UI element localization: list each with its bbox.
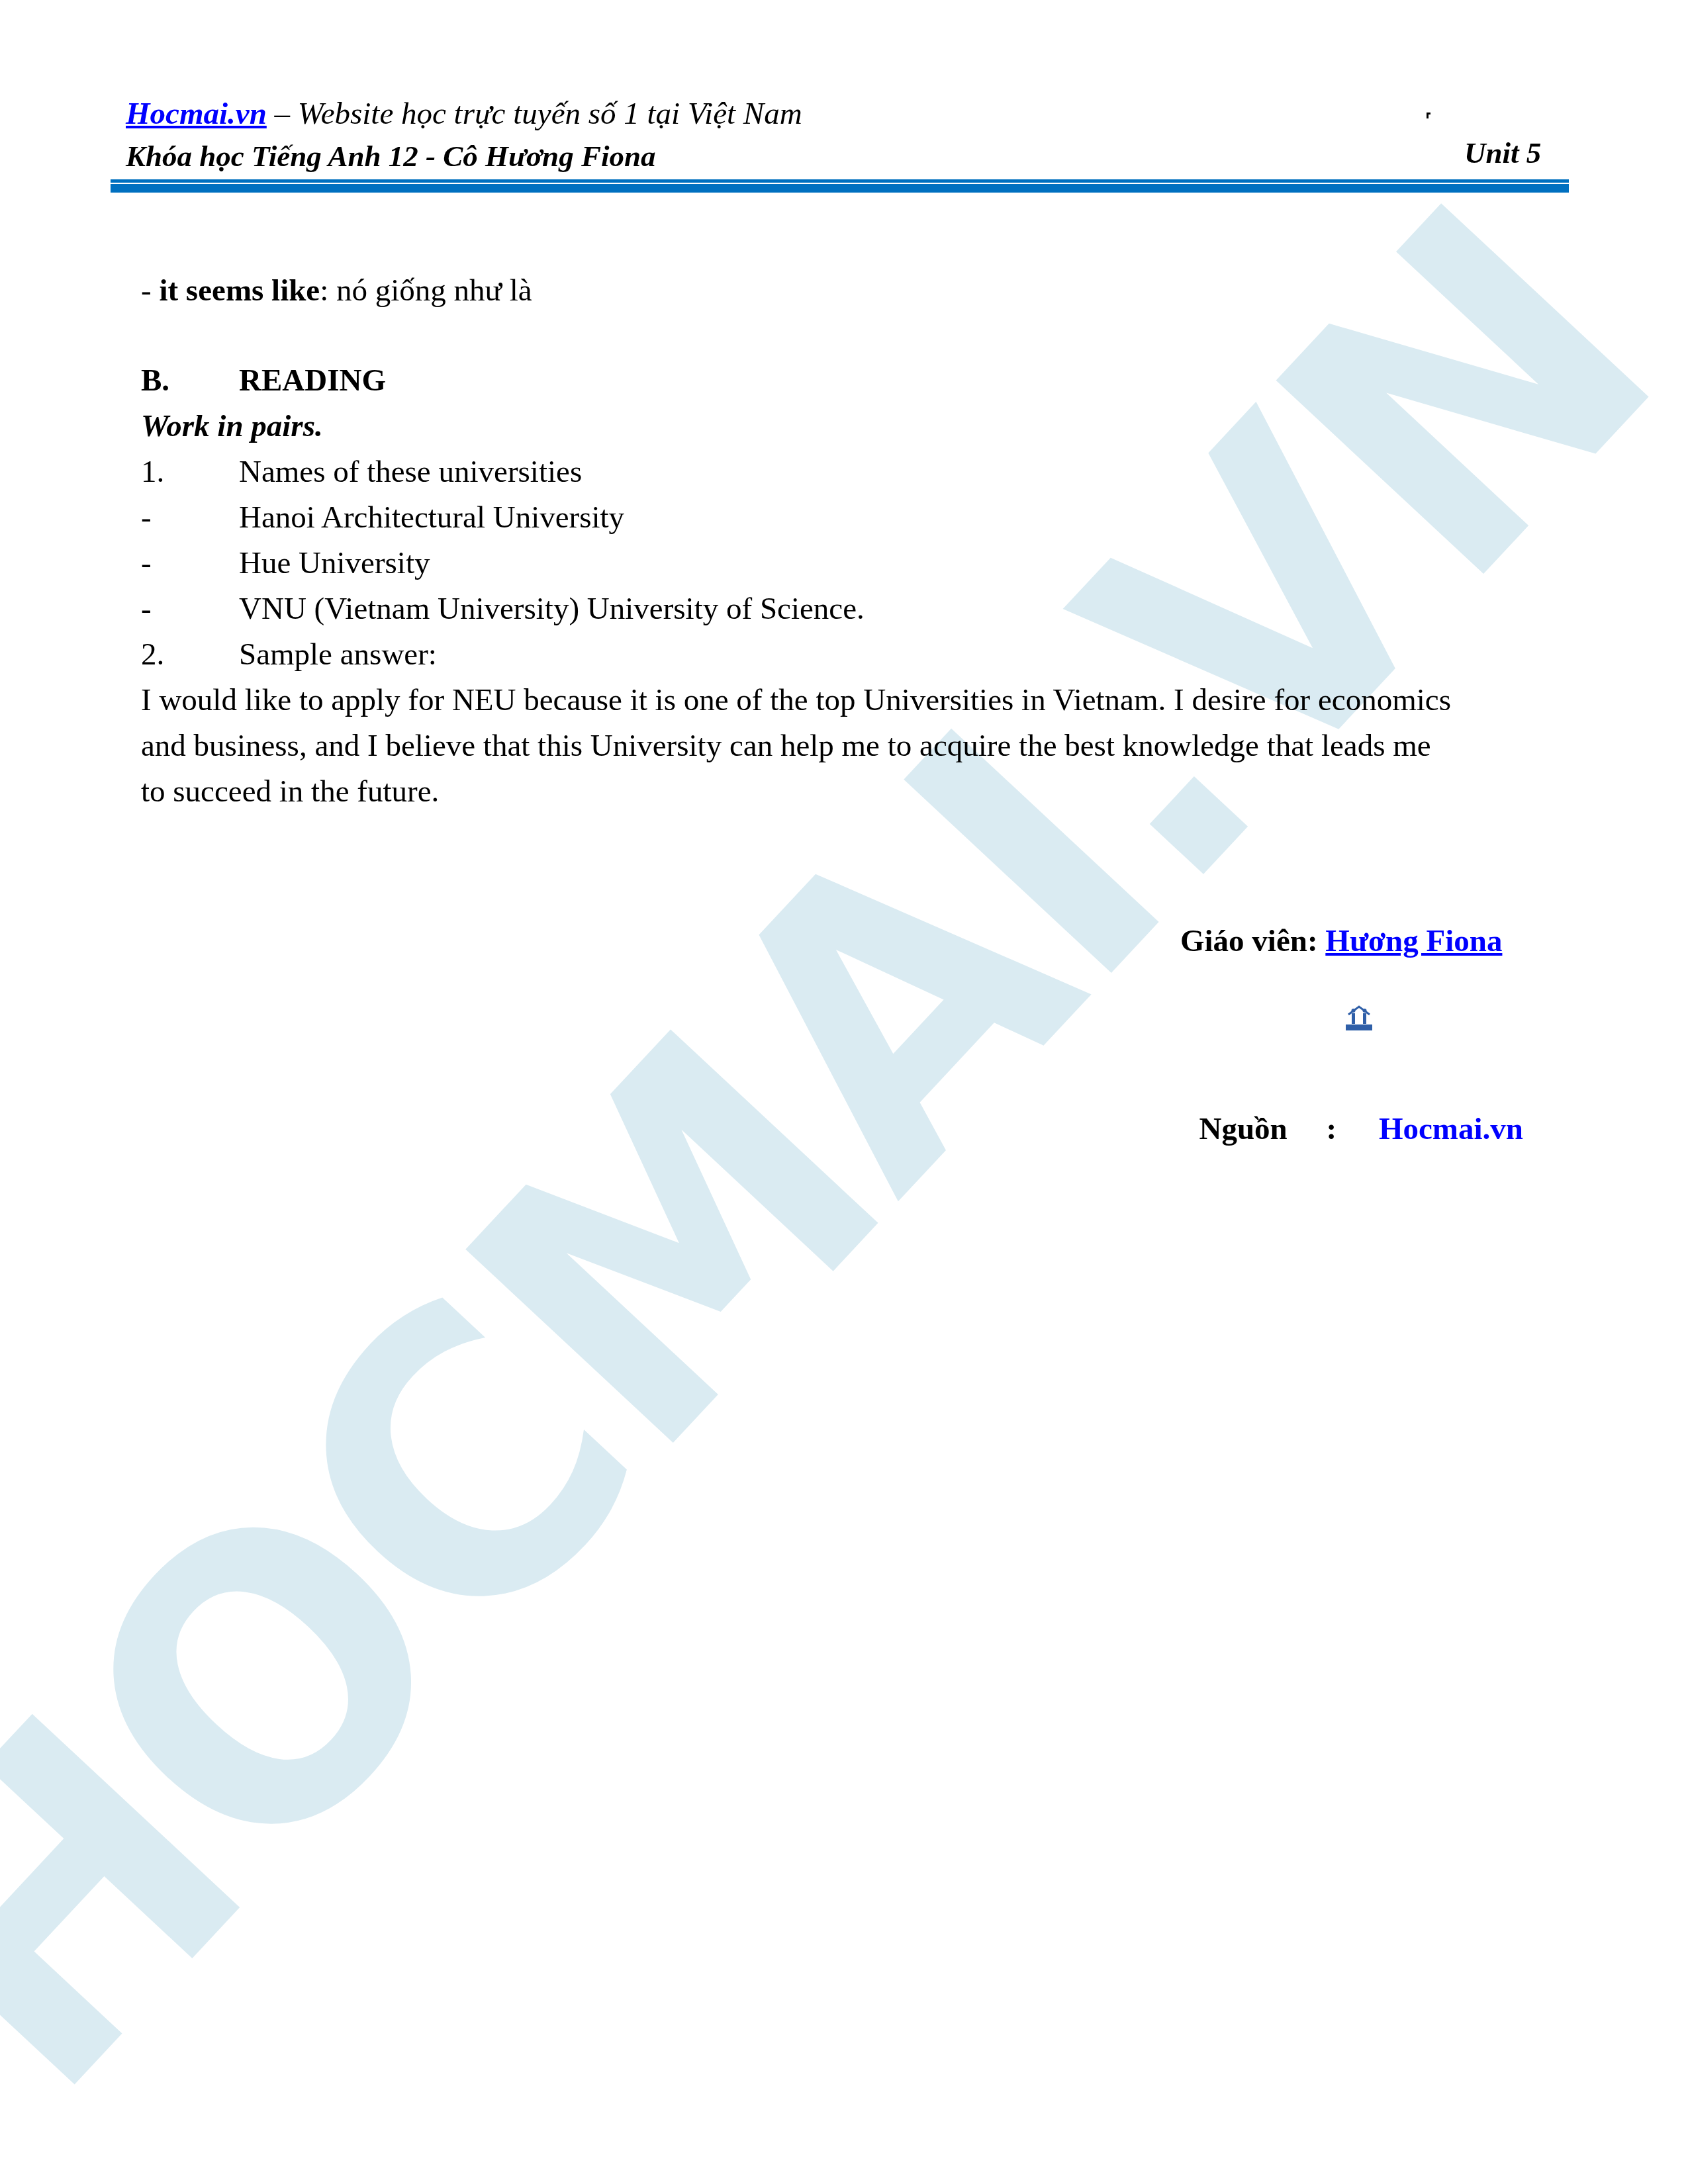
list-text: Hue University bbox=[239, 546, 430, 580]
section-title: READING bbox=[239, 363, 386, 398]
vocab-term: it seems like bbox=[159, 273, 320, 308]
list-text: Hanoi Architectural University bbox=[239, 500, 624, 535]
answer-line: and business, and I believe that this Un… bbox=[141, 728, 1431, 764]
vocab-prefix: - bbox=[141, 273, 159, 308]
vocab-meaning: : nó giống như là bbox=[320, 273, 532, 308]
answer-line: I would like to apply for NEU because it… bbox=[141, 682, 1451, 718]
list-item: 2.Sample answer: bbox=[141, 637, 437, 672]
site-tagline: – Website học trực tuyến số 1 tại Việt N… bbox=[267, 97, 802, 131]
header-rule-thick bbox=[111, 184, 1569, 193]
list-text: Names of these universities bbox=[239, 455, 582, 489]
watermark-text: HOCMAI.VN bbox=[0, 153, 1688, 2151]
source-name[interactable]: Hocmai.vn bbox=[1379, 1112, 1523, 1146]
list-item: 1.Names of these universities bbox=[141, 454, 582, 490]
list-marker: 1. bbox=[141, 454, 239, 490]
list-item: -Hanoi Architectural University bbox=[141, 500, 624, 535]
answer-line: to succeed in the future. bbox=[141, 774, 439, 809]
list-text: VNU (Vietnam University) University of S… bbox=[239, 592, 865, 626]
section-heading: B.READING bbox=[141, 363, 386, 398]
corner-mark bbox=[1427, 113, 1429, 118]
header-site-line: Hocmai.vn – Website học trực tuyến số 1 … bbox=[126, 96, 802, 132]
header-rule-thin bbox=[111, 179, 1569, 183]
list-item: -VNU (Vietnam University) University of … bbox=[141, 591, 865, 627]
list-text: Sample answer: bbox=[239, 637, 437, 672]
list-marker: 2. bbox=[141, 637, 239, 672]
list-item: -Hue University bbox=[141, 545, 430, 581]
list-marker: - bbox=[141, 591, 239, 627]
hocmai-logo-icon bbox=[1344, 1005, 1374, 1030]
course-title: Khóa học Tiếng Anh 12 - Cô Hương Fiona bbox=[126, 139, 655, 173]
teacher-label: Giáo viên: bbox=[1180, 924, 1325, 958]
section-letter: B. bbox=[141, 363, 239, 398]
list-marker: - bbox=[141, 500, 239, 535]
source-line: Nguồn : Hocmai.vn bbox=[1184, 970, 1523, 1147]
teacher-link[interactable]: Hương Fiona bbox=[1325, 924, 1502, 958]
vocab-item: - it seems like: nó giống như là bbox=[141, 273, 532, 308]
unit-label: Unit 5 bbox=[1464, 136, 1541, 170]
list-marker: - bbox=[141, 545, 239, 581]
source-label: Nguồn : bbox=[1199, 1112, 1344, 1146]
teacher-line: Giáo viên: Hương Fiona bbox=[1180, 923, 1502, 959]
site-link[interactable]: Hocmai.vn bbox=[126, 97, 267, 131]
instruction: Work in pairs. bbox=[141, 408, 323, 444]
